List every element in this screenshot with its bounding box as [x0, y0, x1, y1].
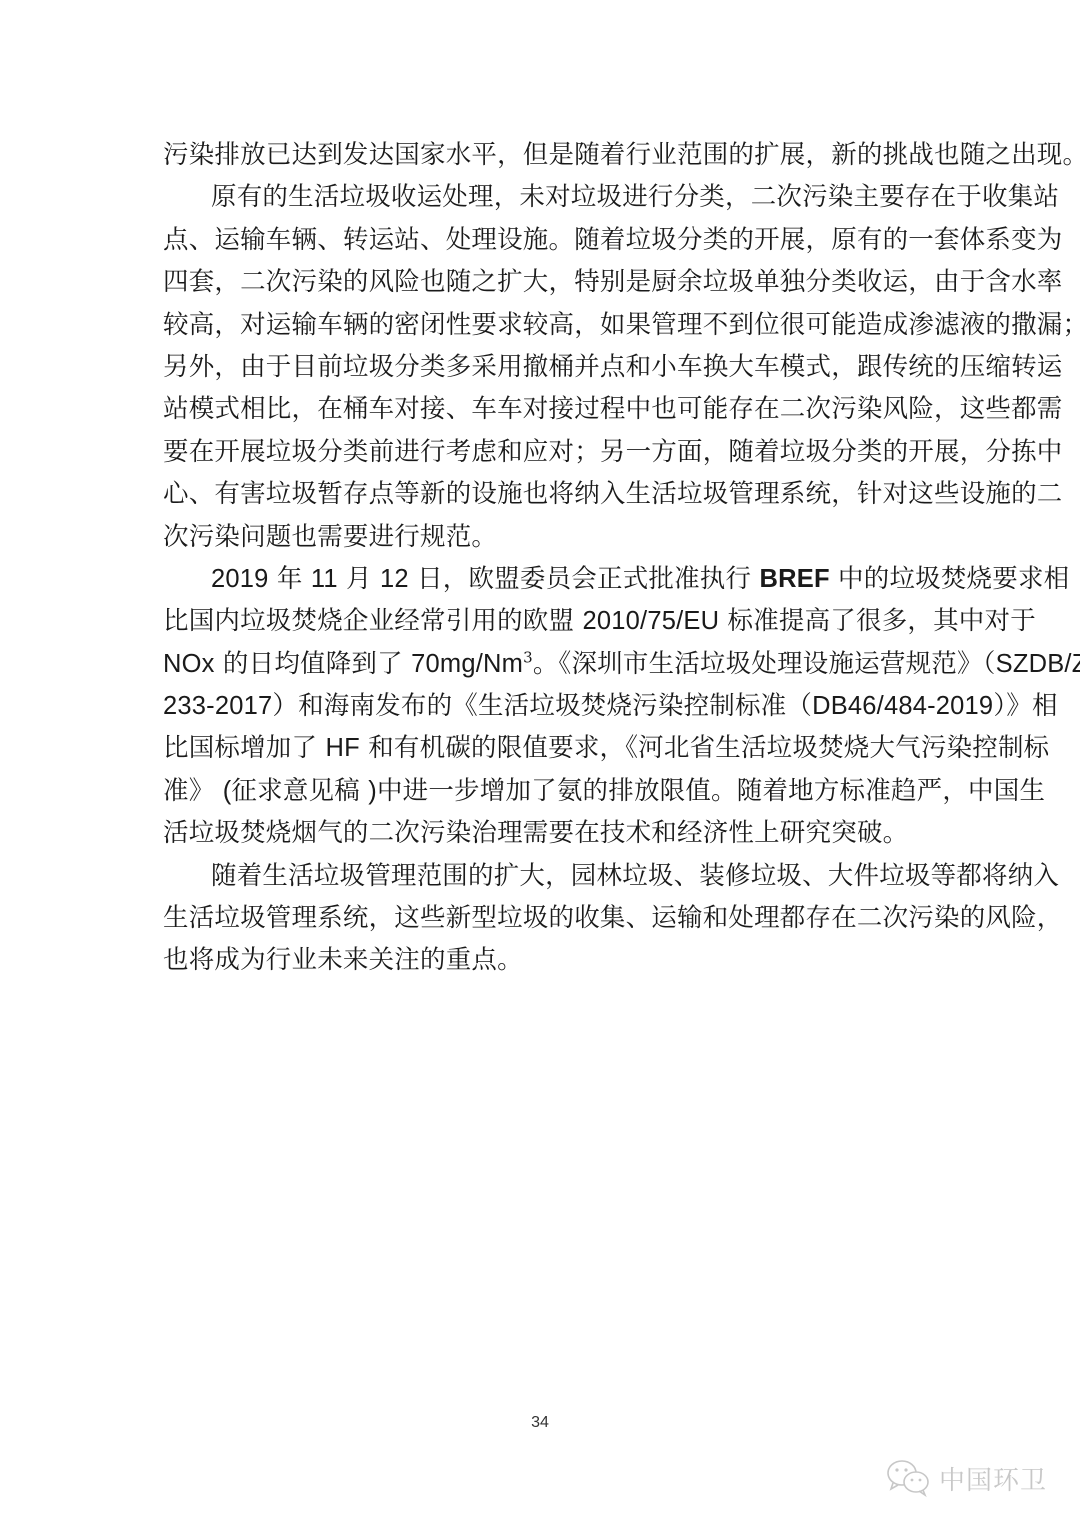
text-run: HF: [326, 734, 360, 762]
text-run: 2019: [211, 565, 269, 593]
page-number: 34: [0, 1414, 1080, 1432]
text-run: ): [368, 777, 377, 805]
text-line: 生活垃圾管理系统，这些新型垃圾的收集、运输和处理都存在二次污染的风险，: [163, 897, 916, 939]
text-run: 征求意见稿: [231, 776, 368, 806]
text-line: 活垃圾焚烧烟气的二次污染治理需要在技术和经济性上研究突破。: [163, 812, 916, 854]
text-run: 比国标增加了: [163, 733, 326, 763]
text-run: SZDB/Z: [996, 650, 1080, 678]
text-line: 要在开展垃圾分类前进行考虑和应对；另一方面，随着垃圾分类的开展，分拣中: [163, 431, 916, 473]
text-line: 比国标增加了 HF 和有机碳的限值要求，《河北省生活垃圾焚烧大气污染控制标: [163, 727, 916, 769]
text-line: 也将成为行业未来关注的重点。: [163, 939, 916, 981]
superscript: 3: [523, 648, 533, 666]
text-run: 。《深圳市生活垃圾处理设施运营规范》（: [533, 649, 996, 679]
text-line: 较高，对运输车辆的密闭性要求较高，如果管理不到位很可能造成渗滤液的撒漏；: [163, 304, 916, 346]
text-run: ）》相: [993, 691, 1057, 721]
text-line: 四套，二次污染的风险也随之扩大，特别是厨余垃圾单独分类收运，由于含水率: [163, 261, 916, 303]
text-line: 233-2017）和海南发布的《生活垃圾焚烧污染控制标准（DB46/484-20…: [163, 685, 916, 727]
text-run: 中进一步增加了氨的排放限值。随着地方标准趋严，中国生: [377, 776, 1045, 806]
text-run: 2010/75/EU: [583, 607, 720, 635]
text-run: 年: [269, 564, 311, 594]
body-text: 污染排放已达到发达国家水平，但是随着行业范围的扩展，新的挑战也随之出现。原有的生…: [163, 134, 916, 982]
text-run: DB46/484-2019: [812, 692, 993, 720]
document-page: 污染排放已达到发达国家水平，但是随着行业范围的扩展，新的挑战也随之出现。原有的生…: [0, 0, 1080, 1527]
text-run: 活垃圾焚烧烟气的二次污染治理需要在技术和经济性上研究突破。: [163, 818, 908, 848]
text-line: NOx 的日均值降到了 70mg/Nm3。《深圳市生活垃圾处理设施运营规范》（S…: [163, 643, 916, 685]
text-line: 点、运输车辆、转运站、处理设施。随着垃圾分类的开展，原有的一套体系变为: [163, 219, 916, 261]
text-run: 准》: [163, 776, 223, 806]
text-run: 标准提高了很多，其中对于: [719, 606, 1036, 636]
text-run: 和有机碳的限值要求，《河北省生活垃圾焚烧大气污染控制标: [360, 733, 1049, 763]
text-run: 比国内垃圾焚烧企业经常引用的欧盟: [163, 606, 583, 636]
text-line: 随着生活垃圾管理范围的扩大，园林垃圾、装修垃圾、大件垃圾等都将纳入: [163, 855, 916, 897]
text-run: 70mg/Nm: [411, 650, 523, 678]
watermark-text: 中国环卫: [939, 1460, 1047, 1497]
text-line: 次污染问题也需要进行规范。: [163, 516, 916, 558]
text-line: 另外，由于目前垃圾分类多采用撤桶并点和小车换大车模式，跟传统的压缩转运: [163, 346, 916, 388]
wechat-icon: [885, 1458, 931, 1498]
text-run: 233-2017: [163, 692, 272, 720]
text-run: 月: [338, 564, 380, 594]
text-line: 准》 (征求意见稿 )中进一步增加了氨的排放限值。随着地方标准趋严，中国生: [163, 770, 916, 812]
watermark: 中国环卫: [885, 1458, 1047, 1498]
text-run: ）和海南发布的《生活垃圾焚烧污染控制标准（: [272, 691, 812, 721]
text-run: NOx: [163, 650, 215, 678]
text-run: 的日均值降到了: [215, 649, 412, 679]
text-line: 比国内垃圾焚烧企业经常引用的欧盟 2010/75/EU 标准提高了很多，其中对于: [163, 600, 916, 642]
text-line: 2019 年 11 月 12 日，欧盟委员会正式批准执行 BREF 中的垃圾焚烧…: [163, 558, 916, 600]
text-run: 日，欧盟委员会正式批准执行: [409, 564, 760, 594]
text-line: 污染排放已达到发达国家水平，但是随着行业范围的扩展，新的挑战也随之出现。: [163, 134, 916, 176]
text-run: BREF: [760, 565, 830, 593]
text-line: 原有的生活垃圾收运处理，未对垃圾进行分类，二次污染主要存在于收集站: [163, 176, 916, 218]
text-line: 站模式相比，在桶车对接、车车对接过程中也可能存在二次污染风险，这些都需: [163, 388, 916, 430]
text-run: 12: [380, 565, 409, 593]
text-line: 心、有害垃圾暂存点等新的设施也将纳入生活垃圾管理系统，针对这些设施的二: [163, 473, 916, 515]
text-run: 11: [311, 565, 338, 593]
text-run: 中的垃圾焚烧要求相: [830, 564, 1070, 594]
